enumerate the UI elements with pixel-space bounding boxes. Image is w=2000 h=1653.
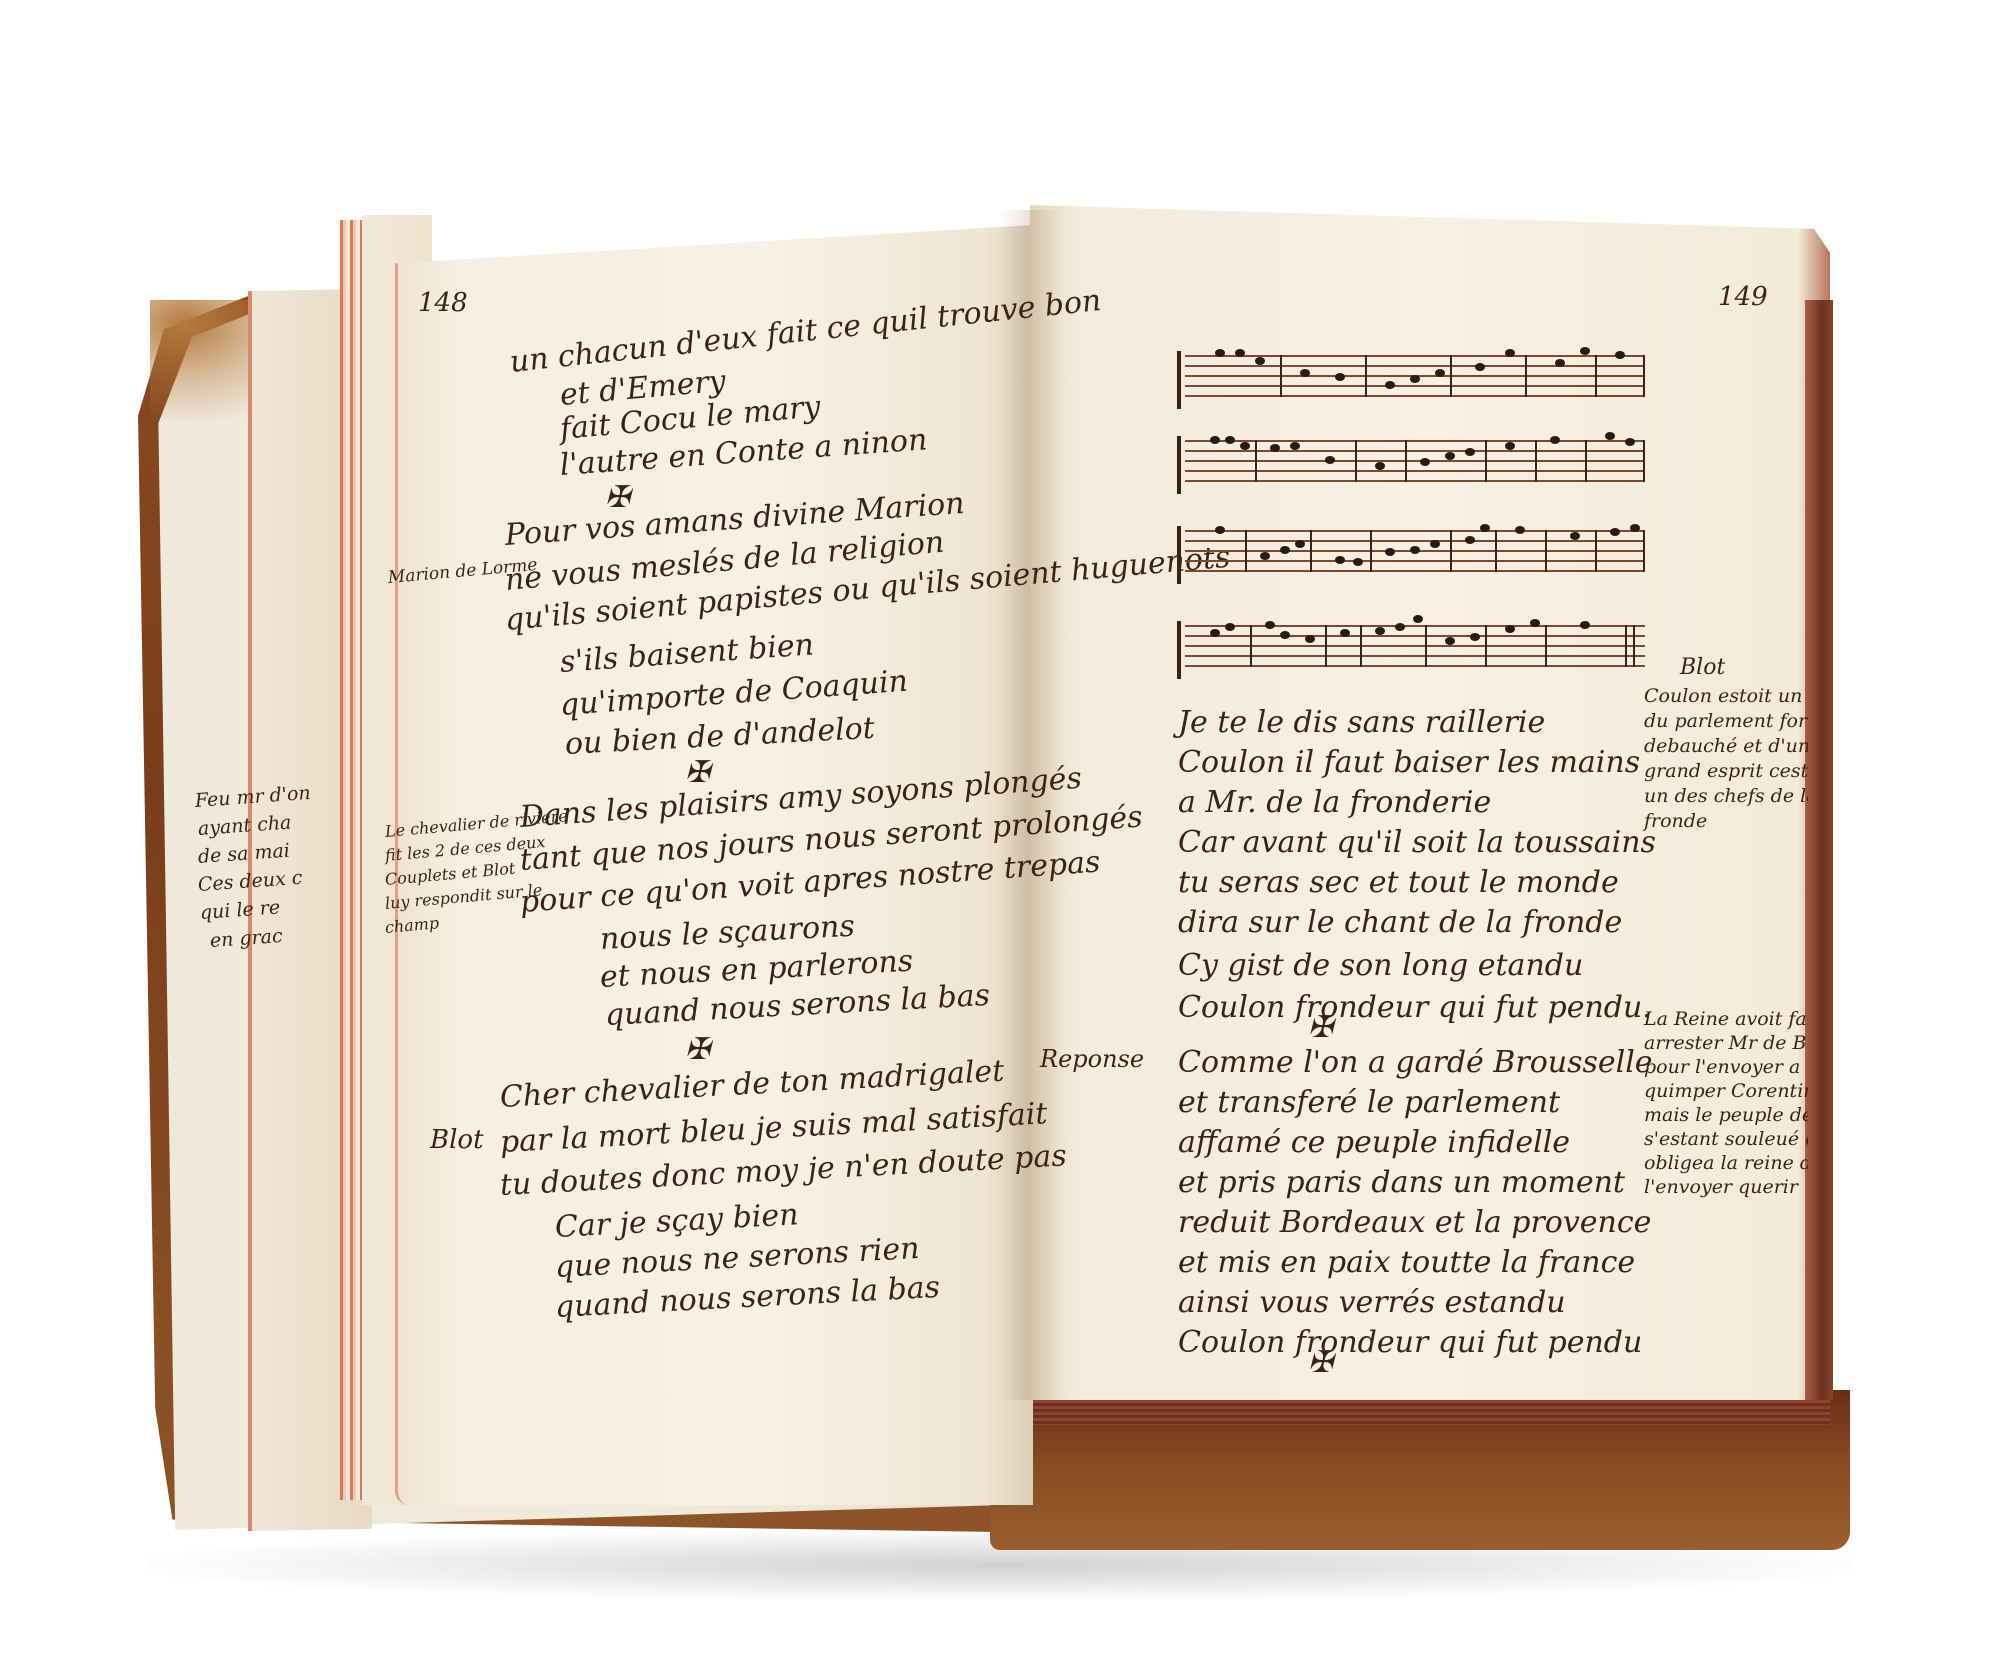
music-staff (1185, 355, 1645, 397)
verse-line: Coulon frondeur qui fut pendu. (1178, 990, 1652, 1025)
right-fore-edge (1805, 300, 1833, 1400)
music-staff (1185, 625, 1645, 667)
stanza-separator-icon: ✠ (1308, 1345, 1333, 1380)
margin-note: Reponse (1040, 1045, 1144, 1073)
verse-line: Cy gist de son long etandu (1178, 948, 1583, 983)
verse-line: a Mr. de la fronderie (1178, 785, 1491, 820)
verse-line: ainsi vous verrés estandu (1178, 1285, 1566, 1320)
margin-note: Coulon estoit un c (1644, 685, 1808, 707)
verse-line: Je te le dis sans raillerie (1178, 705, 1545, 740)
verse-line: reduit Bordeaux et la provence (1178, 1205, 1651, 1240)
margin-note: arrester Mr de Brou (1644, 1032, 1808, 1054)
verse-line: Comme l'on a gardé Brousselle (1178, 1045, 1653, 1080)
margin-note: s'estant souleué o (1644, 1128, 1808, 1150)
margin-note: quimper Corentin (1644, 1080, 1808, 1102)
verse-line: tu seras sec et tout le monde (1178, 865, 1619, 900)
margin-note: Blot (430, 1125, 484, 1155)
verse-line: Coulon il faut baiser les mains (1178, 745, 1640, 780)
margin-note-heading: Blot (1680, 655, 1725, 680)
margin-note: du parlement fort (1644, 710, 1808, 732)
stanza-separator-icon: ✠ (1308, 1010, 1333, 1045)
verse-line: Coulon frondeur qui fut pendu (1178, 1325, 1642, 1360)
margin-note: obligea la reine d (1644, 1152, 1808, 1174)
verse-line: dira sur le chant de la fronde (1178, 905, 1622, 940)
page-number-left: 148 (418, 288, 468, 318)
margin-note: grand esprit cest (1644, 760, 1808, 782)
music-staff (1185, 530, 1645, 572)
verse-line: et pris paris dans un moment (1178, 1165, 1625, 1200)
verse-line: et mis en paix toutte la france (1178, 1245, 1635, 1280)
page-number-right: 149 (1718, 282, 1768, 312)
margin-note: pour l'envoyer a (1644, 1056, 1800, 1078)
music-staff (1185, 440, 1645, 482)
margin-note: mais le peuple de l (1644, 1104, 1808, 1126)
verse-line: et transferé le parlement (1178, 1085, 1560, 1120)
right-margin-notes: Blot Coulon estoit un c du parlement for… (1640, 640, 1808, 1240)
verse-line: Car avant qu'il soit la toussains (1178, 825, 1656, 860)
margin-note: l'envoyer querir (1644, 1176, 1798, 1198)
margin-note: La Reine avoit fai (1644, 1008, 1808, 1030)
margin-note: debauché et d'un (1644, 735, 1808, 757)
stanza-separator-icon: ✠ (685, 755, 710, 790)
margin-note: fronde (1644, 810, 1707, 832)
verse-line: affamé ce peuple infidelle (1178, 1125, 1570, 1160)
margin-note: un des chefs de la (1644, 785, 1808, 807)
stanza-separator-icon: ✠ (685, 1032, 710, 1067)
